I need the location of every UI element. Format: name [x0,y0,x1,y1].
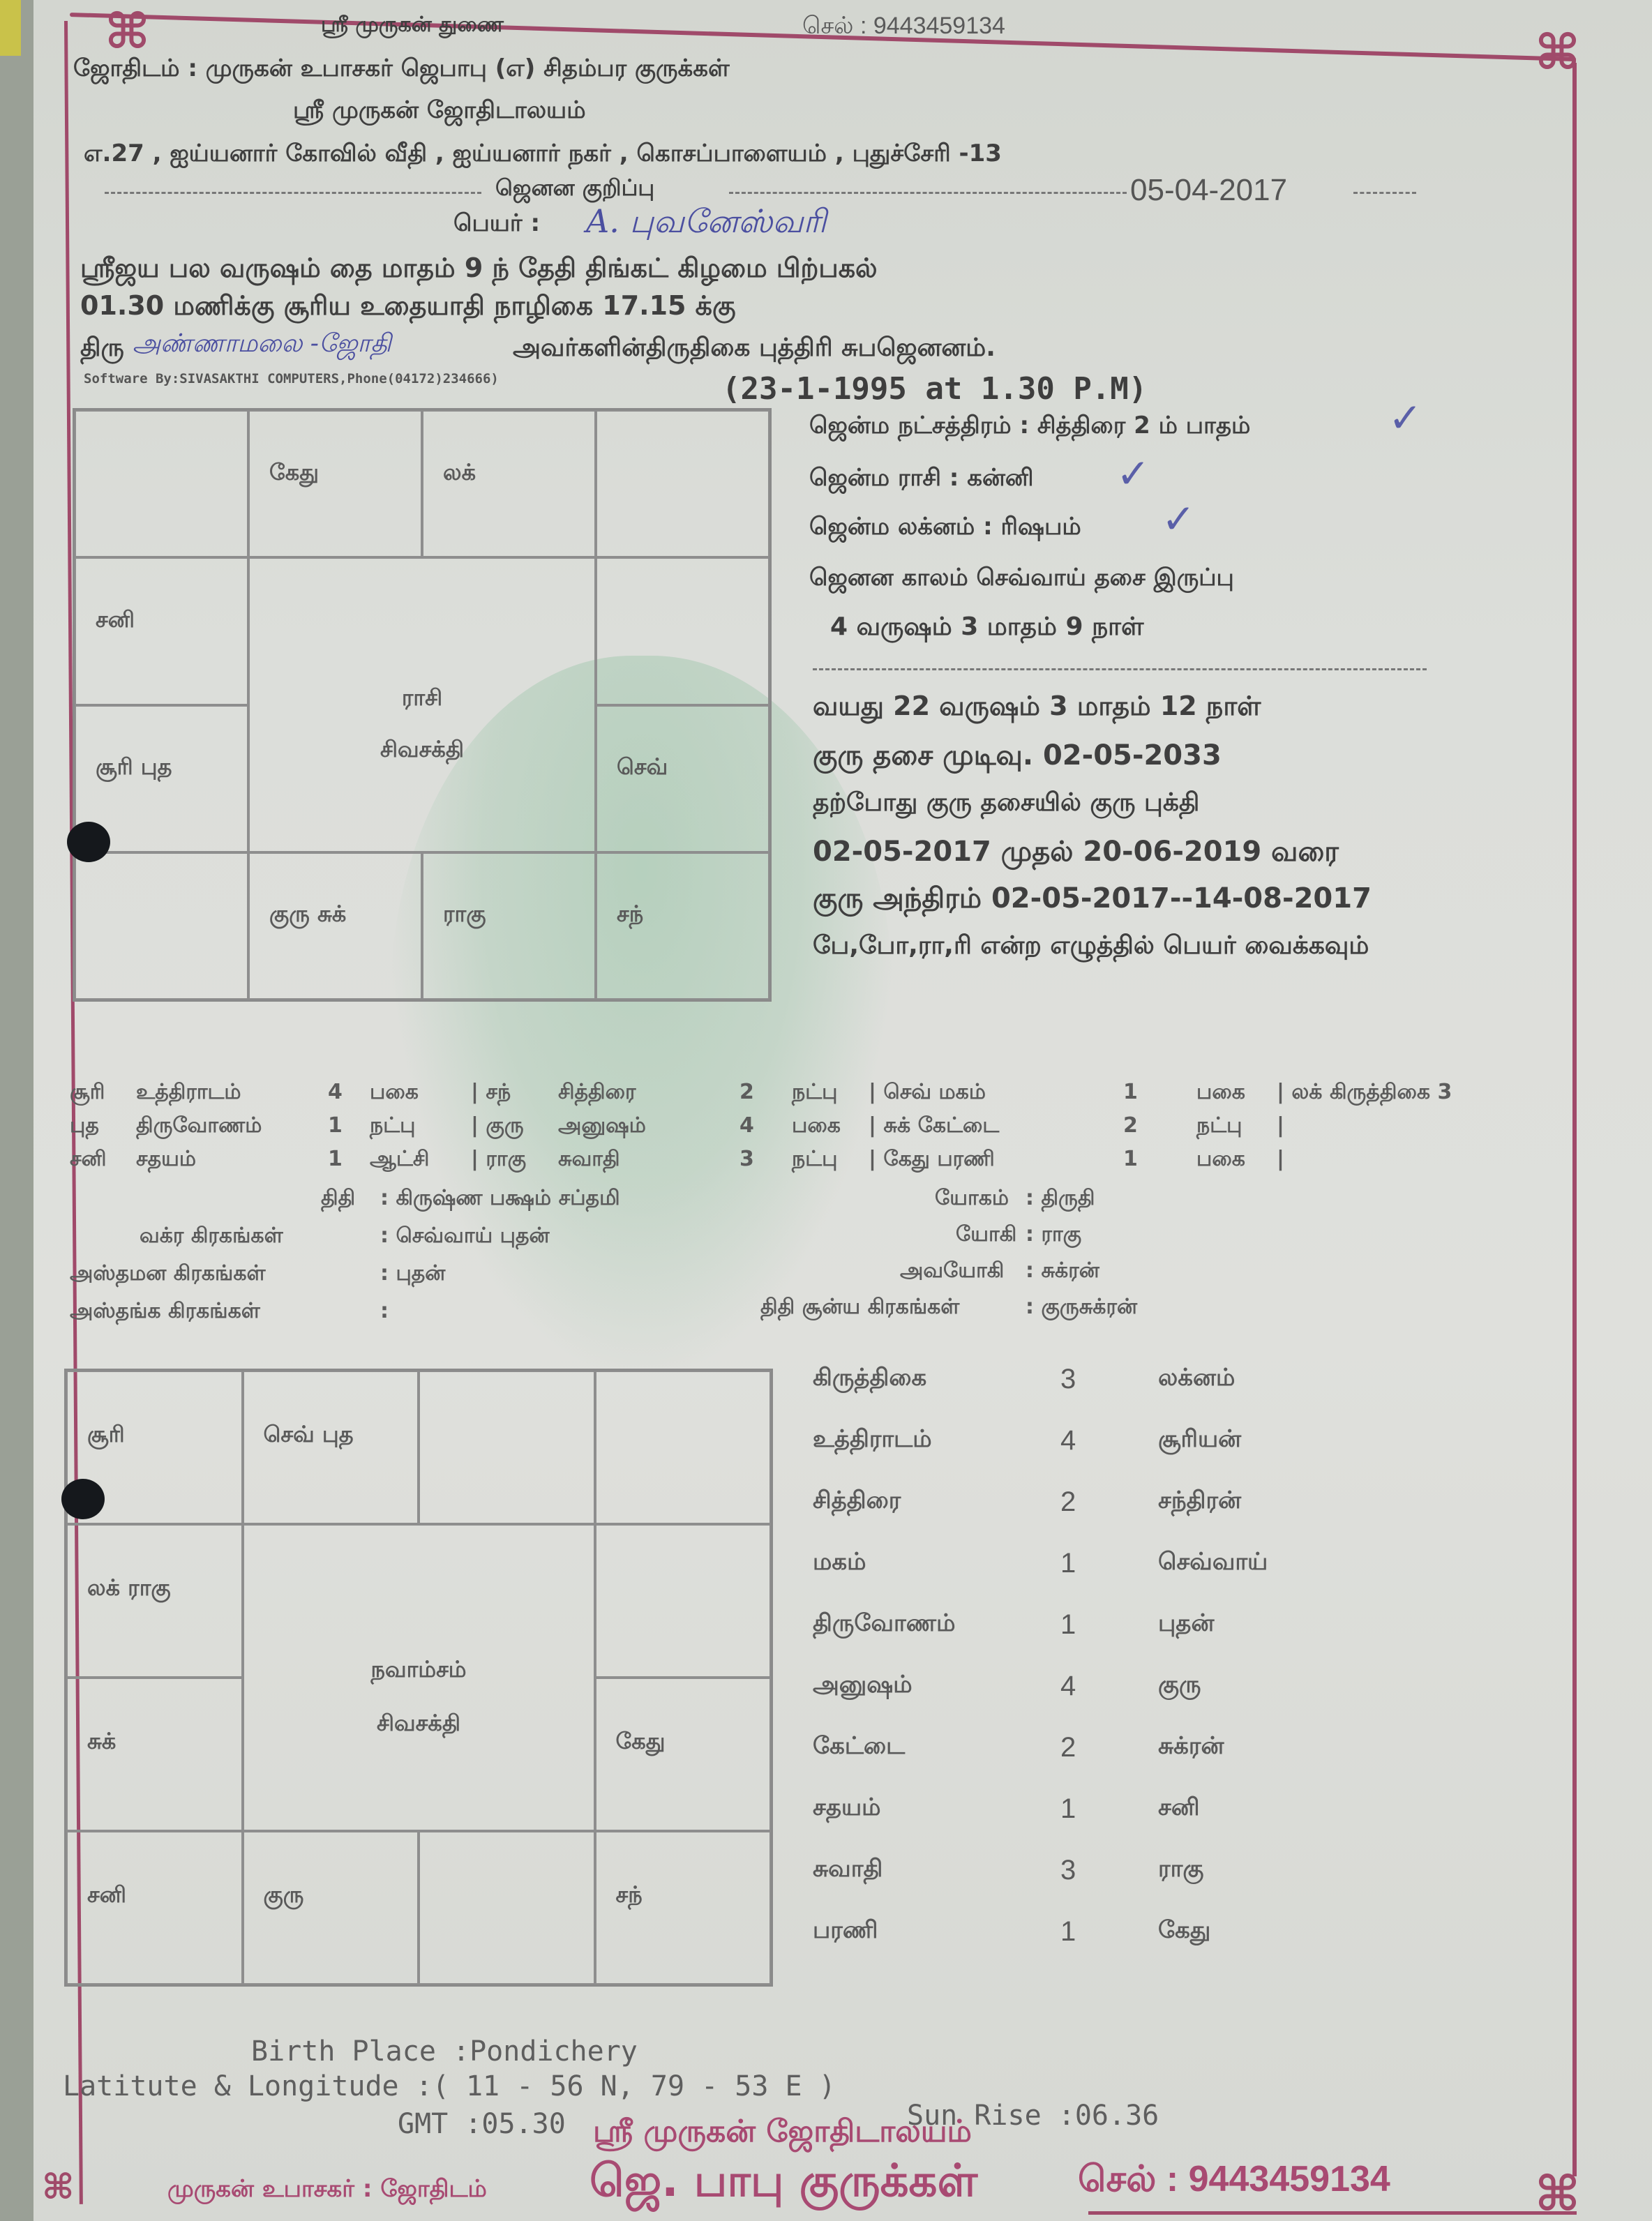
planet-list-pada: 1 [1060,1609,1076,1641]
current-period: தற்போது குரு தசையில் குரு புக்தி [813,788,1199,820]
star-table-cell: | [1277,1147,1284,1171]
planet-list-planet: சந்திரன் [1158,1486,1241,1517]
star-table-cell: நட்பு [370,1113,415,1140]
house-planets: சூரி [87,1421,125,1450]
planet-list-planet: புதன் [1158,1609,1214,1640]
star-table-cell: சனி [70,1147,107,1174]
planet-list-pada: 3 [1060,1364,1076,1395]
star-table-cell: நட்பு [792,1147,837,1174]
address: எ.27 , ஐய்யனார் கோவில் வீதி , ஐய்யனார் ந… [84,140,1002,170]
thithi-soonya-value: : குருசுக்ரன் [1026,1295,1137,1322]
current-range: 02-05-2017 முதல் 20-06-2019 வரை [813,836,1339,871]
print-date: 05-04-2017 [1130,173,1287,208]
checkmark-icon: ✓ [1388,398,1422,438]
star-table-cell: சதயம் [136,1147,196,1174]
planet-list-planet: சனி [1158,1793,1200,1824]
divider [813,668,1427,670]
rasi-chart: கேதுலக்சனிசூரி புதசெவ்குரு சுக்ராகுசந்ரா… [73,408,772,1002]
header-phone: செல் : 9443459134 [802,13,1005,43]
planet-list-planet: லக்னம் [1158,1364,1235,1394]
planet-list-pada: 2 [1060,1732,1076,1763]
chart-house [419,1831,595,1985]
planet-list-pada: 4 [1060,1671,1076,1702]
house-planets: செவ் புத [264,1421,354,1450]
planet-list-planet: கேது [1158,1916,1210,1947]
corner-knot-icon: ⌘ [1535,28,1580,77]
frame-border-right [1572,63,1577,2176]
planet-list-pada: 1 [1060,1916,1076,1948]
corner-knot-icon: ⌘ [42,2169,74,2204]
birth-line-1: ஸ்ரீஜய பல வருஷம் தை மாதம் 9 ந் தேதி திங்… [80,253,878,287]
asthanga-label: அஸ்தங்க கிரகங்கள் [70,1299,260,1326]
background-edge [0,0,33,2221]
chart-house [75,410,248,557]
chart-house: கேது [248,410,422,557]
chart-house [596,410,769,557]
star-table-cell: 1 [328,1113,343,1138]
vakra-label: வக்ர கிரகங்கள் [140,1224,283,1251]
asthamana-label: அஸ்தமன கிரகங்கள் [70,1261,266,1288]
house-planets: சந் [616,1881,643,1911]
star-table-cell: அனுஷம் [558,1113,646,1140]
chart-house [595,1371,772,1524]
house-planets: குரு சுக் [269,901,346,930]
section-title: ஜெனன குறிப்பு [495,174,654,204]
star-table-cell: | ராகு [471,1147,526,1174]
house-planets: கேது [616,1728,666,1757]
chart-house: சுக் [66,1678,243,1831]
chart-house: சனி [66,1831,243,1985]
planet-list-star: அனுஷம் [813,1671,913,1701]
planet-list-planet: குரு [1158,1671,1201,1701]
star-table-cell: பகை [1196,1147,1245,1174]
star-table-cell: புத [70,1113,99,1140]
star-table-cell: | சந் [471,1080,511,1107]
name-label: பெயர் : [453,209,540,240]
chart-house: செவ் புத [243,1371,419,1524]
father-mother-names: அண்ணாமலை -ஜோதி [133,329,391,361]
star-table-cell: சித்திரை [558,1080,636,1107]
house-planets: குரு [264,1881,304,1911]
thithi-soonya-label: திதி சூன்ய கிரகங்கள் [760,1295,959,1322]
house-planets: சூரி புத [96,753,172,783]
dasa-balance-value: 4 வருஷம் 3 மாதம் 9 நாள் [830,612,1143,645]
chart-house: சனி [75,557,248,705]
janma-rasi: ஜென்ம ராசி : கன்னி [809,464,1034,495]
house-planets: லக் ராகு [87,1574,171,1604]
planet-list-star: மகம் [813,1548,866,1579]
software-credit: Software By:SIVASAKTHI COMPUTERS,Phone(0… [84,371,499,386]
planet-list-star: கேட்டை [813,1732,905,1763]
planet-list-pada: 3 [1060,1855,1076,1886]
star-table-cell: உத்திராடம் [136,1080,241,1107]
guru-dasa-end: குரு தசை முடிவு. 02-05-2033 [813,739,1222,775]
chart-center: நவாம்சம்சிவசக்தி [243,1524,595,1831]
planet-list-star: பரணி [813,1916,878,1947]
star-table-cell: 1 [328,1147,343,1171]
house-planets: சுக் [87,1728,116,1757]
yogi-label: யோகி [956,1222,1016,1249]
chart-title: ராசி [250,684,594,714]
invocation: ஸ்ரீ முருகன் துணை [321,13,504,40]
planet-list-star: கிருத்திகை [813,1364,926,1394]
star-table-cell: 2 [739,1080,754,1104]
corner-knot-icon: ⌘ [105,7,150,56]
planet-list-star: சுவாதி [813,1855,883,1885]
planet-list-star: சித்திரை [813,1486,901,1517]
chart-house: குரு சுக் [248,852,422,1000]
corner-knot-icon: ⌘ [1535,2169,1580,2218]
birth-place: Birth Place :Pondichery [251,2035,638,2068]
star-table-cell: | செவ் மகம் [869,1080,986,1107]
planet-list-planet: சூரியன் [1158,1425,1241,1456]
chart-house: லக் [422,410,596,557]
star-table-cell: சுவாதி [558,1147,620,1174]
star-table-cell: | குரு [471,1113,524,1140]
stamp-name: ஜெ. பாபு குருக்கள் [590,2155,977,2213]
chart-house: செவ் [596,705,769,852]
star-table-cell: | கேது பரணி [869,1147,995,1174]
lat-long: Latitute & Longitude :( 11 - 56 N, 79 - … [63,2070,836,2102]
planet-list-pada: 4 [1060,1425,1076,1456]
star-table-cell: பகை [1196,1080,1245,1107]
janma-lagnam: ஜென்ம லக்னம் : ரிஷபம் [809,513,1081,543]
navamsa-chart: சூரிசெவ் புதலக் ராகுசுக்கேதுசனிகுருசந்நவ… [64,1369,773,1987]
chart-house [75,852,248,1000]
chart-house: ராகு [422,852,596,1000]
chart-house: கேது [595,1678,772,1831]
janma-nakshatra: ஜென்ம நட்சத்திரம் : சித்திரை 2 ம் பாதம் [809,412,1250,442]
punch-hole [61,1479,105,1519]
chart-house: சந் [595,1831,772,1985]
astrologer-line: ஜோதிடம் : முருகன் உபாசகர் ஜெபாபு (எ) சித… [73,54,730,85]
planet-list-planet: செவ்வாய் [1158,1548,1268,1579]
star-table-cell: | சுக் கேட்டை [869,1113,999,1140]
gmt: GMT :05.30 [398,2108,566,2140]
house-planets: ராகு [443,901,486,930]
chart-house [419,1371,595,1524]
chart-subtitle: சிவசக்தி [244,1710,594,1739]
planet-list-pada: 1 [1060,1793,1076,1825]
asthanga-value: : [380,1299,389,1323]
star-table-cell: 2 [1123,1113,1138,1138]
house-planets: சனி [87,1881,126,1911]
star-table-cell: | லக் கிருத்திகை 3 [1277,1080,1452,1107]
house-planets: செவ் [617,753,668,783]
stamp-office: ஸ்ரீ முருகன் ஜோதிடாலயம் [593,2114,972,2153]
star-table-cell: 4 [739,1113,754,1138]
asthamana-value: : புதன் [380,1261,445,1288]
planet-list-star: திருவோணம் [813,1609,955,1640]
chart-center: ராசிசிவசக்தி [248,557,596,852]
stamp-prefix: முருகன் உபாசகர் : ஜோதிடம் [167,2175,487,2206]
punch-hole [67,822,110,862]
house-planets: சனி [96,606,135,635]
birth-line-2: 01.30 மணிக்கு சூரிய உதையாதி நாழிகை 17.15… [80,290,736,325]
avayogi-value: : சுக்ரன் [1026,1258,1099,1286]
thithi-label: திதி [321,1186,355,1213]
age: வயது 22 வருஷம் 3 மாதம் 12 நாள் [813,691,1261,725]
planet-list-star: சதயம் [813,1793,880,1824]
avayogi-label: அவயோகி [900,1258,1004,1286]
name-value: A. புவனேஸ்வரி [586,202,827,245]
star-table-cell: 4 [328,1080,343,1104]
name-letters: பே,போ,ரா,ரி என்ற எழுத்தில் பெயர் வைக்கவு… [813,931,1369,963]
star-table-cell: ஆட்சி [370,1147,429,1174]
house-planets: லக் [443,459,476,488]
star-table-cell: திருவோணம் [136,1113,262,1140]
divider [1353,192,1416,194]
chart-subtitle: சிவசக்தி [250,736,594,765]
divider [729,192,1127,194]
birth-line-3-suffix: அவர்களின்திருதிகை புத்திரி சுபஜெனனம். [513,333,996,366]
star-table-cell: 3 [739,1147,754,1171]
planet-list-pada: 2 [1060,1486,1076,1518]
yogam-label: யோகம் [935,1186,1009,1213]
planet-list-pada: 1 [1060,1548,1076,1579]
checkmark-icon: ✓ [1116,453,1150,494]
star-table-cell: பகை [370,1080,419,1107]
chart-house: குரு [243,1831,419,1985]
birth-line-3-prefix: திரு [80,333,124,366]
chart-house: சந் [596,852,769,1000]
house-planets: கேது [269,459,319,488]
antharam: குரு அந்திரம் 02-05-2017--14-08-2017 [813,882,1372,918]
planet-list-star: உத்திராடம் [813,1425,932,1456]
star-table-cell: | [1277,1113,1284,1138]
office-name: ஸ்ரீ முருகன் ஜோதிடாலயம் [293,96,586,127]
divider [105,192,481,194]
star-table-cell: சூரி [70,1080,105,1107]
yogam-value: : திருதி [1026,1186,1095,1213]
star-table-cell: 1 [1123,1080,1138,1104]
star-table-cell: 1 [1123,1147,1138,1171]
chart-title: நவாம்சம் [244,1656,594,1685]
background-edge-yellow [0,0,21,56]
chart-house: லக் ராகு [66,1524,243,1678]
chart-house [596,557,769,705]
star-table-cell: நட்பு [1196,1113,1242,1140]
dasa-balance-label: ஜெனன காலம் செவ்வாய் தசை இருப்பு [809,564,1234,594]
birth-datetime: (23-1-1995 at 1.30 P.M) [722,371,1147,407]
planet-list-planet: சுக்ரன் [1158,1732,1224,1763]
house-planets: சந் [617,901,643,930]
vakra-value: : செவ்வாய் புதன் [380,1224,550,1251]
checkmark-icon: ✓ [1162,499,1196,539]
star-table-cell: நட்பு [792,1080,837,1107]
chart-house [595,1524,772,1678]
stamp-phone: செல் : 9443459134 [1078,2158,1390,2205]
yogi-value: : ராகு [1026,1222,1081,1249]
thithi-value: : கிருஷ்ண பக்ஷம் சப்தமி [380,1186,620,1213]
star-table-cell: பகை [792,1113,841,1140]
frame-border-bottom [1088,2211,1577,2215]
planet-list-planet: ராகு [1158,1855,1203,1885]
